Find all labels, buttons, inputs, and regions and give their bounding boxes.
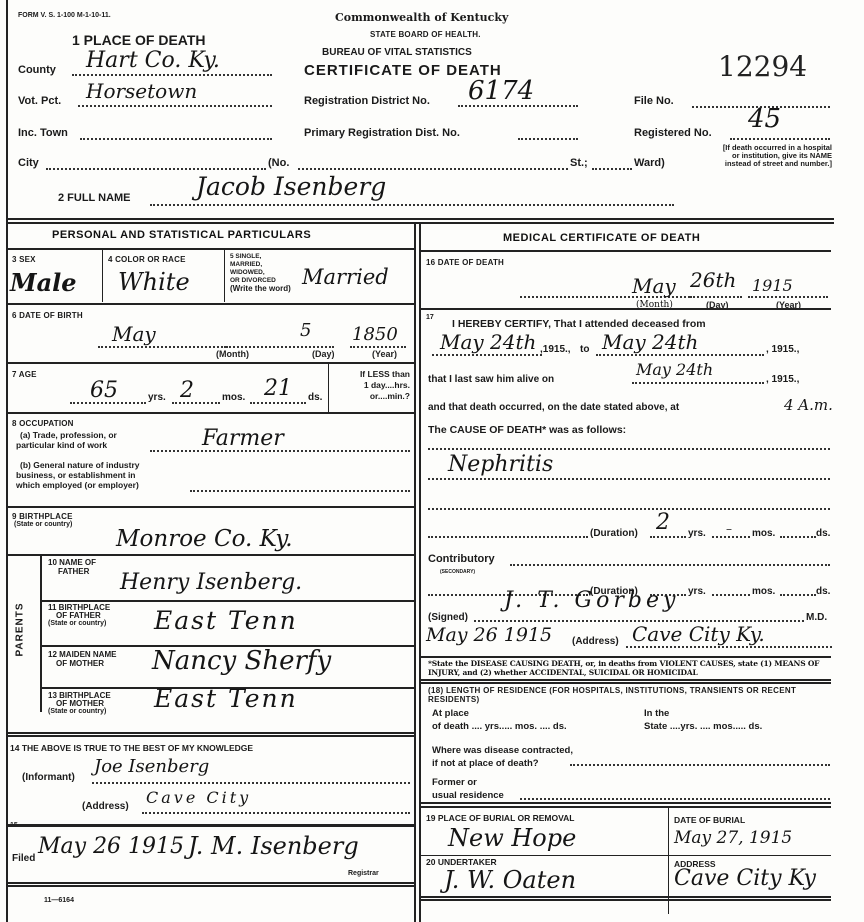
rule	[6, 303, 414, 305]
last-saw-text: that I last saw him alive on	[428, 374, 554, 385]
marital-field[interactable]: Married	[302, 265, 412, 295]
duration-months-value: –	[726, 522, 732, 536]
center-divider-right	[419, 224, 421, 922]
signed-value: J. T. Gorbey	[504, 588, 679, 613]
occupation-b-label: (b) General nature of industry business,…	[16, 460, 140, 490]
rule	[421, 656, 831, 658]
occupation-a-label: (a) Trade, profession, or particular kin…	[16, 430, 117, 450]
father-birthplace-line: (State or country)	[48, 620, 110, 628]
dob-year-field[interactable]: 1850	[350, 328, 406, 348]
duration2-days-field[interactable]	[780, 584, 816, 596]
doctor-address-field[interactable]: Cave City Ky.	[626, 624, 832, 648]
duration-years-field[interactable]: 2	[650, 518, 686, 538]
dob-year-caption: (Year)	[372, 349, 397, 359]
filed-label: Filed	[12, 853, 35, 864]
rule	[6, 824, 414, 827]
duration2-months-field[interactable]	[712, 584, 750, 596]
age-days-value: 21	[264, 376, 292, 401]
parents-label: PARENTS	[15, 600, 26, 660]
race-value: White	[118, 268, 190, 296]
cause-line-3[interactable]	[428, 500, 830, 510]
father-name-value: Henry Isenberg.	[120, 570, 302, 595]
dob-day-field[interactable]: 5	[226, 328, 334, 348]
vot-pct-value: Horsetown	[86, 79, 197, 103]
marital-label-line: 5 SINGLE,	[230, 253, 291, 261]
dob-month-field[interactable]: May	[98, 328, 226, 348]
hospital-note: [If death occurred in a hospital or inst…	[722, 144, 832, 168]
bureau-title: BUREAU OF VITAL STATISTICS	[322, 47, 472, 58]
knowledge-label: 14 THE ABOVE IS TRUE TO THE BEST OF MY K…	[10, 743, 253, 753]
center-divider-left	[414, 224, 416, 922]
rule	[6, 554, 414, 556]
parents-side-label: PARENTS	[0, 624, 50, 640]
vot-pct-field[interactable]: Horsetown	[78, 83, 272, 107]
rule	[421, 250, 831, 252]
undertaker-address-value: Cave City Ky	[674, 866, 816, 891]
former-residence-label: Former or usual residence	[432, 776, 504, 802]
attended-from-value: May 24th	[440, 330, 536, 354]
rule	[102, 250, 103, 302]
md-label: M.D.	[806, 612, 827, 623]
dob-label: 6 DATE OF BIRTH	[12, 311, 83, 320]
primary-registration-label: Primary Registration Dist. No.	[304, 127, 460, 139]
father-name-label: 10 NAME OF FATHER	[48, 558, 96, 576]
registrar-value: J. M. Isenberg	[188, 832, 359, 860]
less-than-line: If LESS than	[334, 369, 410, 380]
ward-field[interactable]	[592, 156, 632, 170]
undertaker-value: J. W. Oaten	[444, 866, 576, 894]
mother-birthplace-value: East Tenn	[154, 684, 298, 713]
rule	[6, 248, 414, 250]
mother-name-field[interactable]: Nancy Sherfy	[146, 652, 412, 680]
occupation-a-field[interactable]: Farmer	[150, 434, 410, 452]
registrar-field[interactable]: J. M. Isenberg	[186, 834, 410, 864]
race-label: 4 COLOR OR RACE	[108, 255, 186, 264]
birthplace-sub-label: (State or country)	[14, 521, 72, 528]
full-name-field[interactable]: Jacob Isenberg	[150, 178, 674, 206]
undertaker-field[interactable]: J. W. Oaten	[430, 868, 660, 898]
registration-district-value: 6174	[468, 76, 534, 106]
at-place-line: At place	[432, 707, 567, 720]
attended-to-label: to	[580, 344, 589, 355]
personal-section-title: PERSONAL AND STATISTICAL PARTICULARS	[52, 229, 311, 241]
father-name-field[interactable]: Henry Isenberg.	[116, 572, 406, 596]
marital-label-line: MARRIED,	[230, 261, 291, 269]
mother-name-value: Nancy Sherfy	[152, 646, 331, 676]
registrar-label: Registrar	[348, 870, 379, 877]
contracted-field[interactable]	[570, 756, 830, 766]
dob-month-value: May	[112, 322, 156, 346]
birthplace-value: Monroe Co. Ky.	[116, 526, 293, 552]
birthplace-field[interactable]: Monroe Co. Ky.	[100, 528, 400, 554]
in-state-line: State ....yrs. .... mos..... ds.	[644, 720, 762, 733]
sex-field[interactable]: Male	[10, 268, 100, 298]
at-place-line: of death .... yrs..... mos. .... ds.	[432, 720, 567, 733]
rule	[42, 600, 414, 602]
primary-registration-field[interactable]	[518, 126, 578, 140]
duration-ds-label: ds.	[816, 528, 830, 539]
dob-day-value: 5	[300, 320, 311, 341]
rule	[421, 896, 831, 901]
rule	[421, 802, 831, 808]
attended-to-year: , 1915.,	[766, 344, 799, 355]
contributory-field[interactable]	[510, 554, 830, 566]
occurred-time-value: 4 A.m.	[784, 396, 833, 414]
less-than-line: 1 day....hrs.	[334, 380, 410, 391]
st-label: St.;	[570, 157, 588, 169]
footnote: *State the DISEASE CAUSING DEATH, or, in…	[428, 659, 830, 677]
occupation-a-line: particular kind of work	[16, 440, 117, 450]
stamp-number: 12294	[718, 50, 807, 83]
street-field[interactable]	[298, 156, 568, 170]
registered-no-value: 45	[748, 104, 781, 134]
marital-label: 5 SINGLE, MARRIED, WIDOWED, OR DIVORCED …	[230, 253, 291, 293]
in-state-line: In the	[644, 707, 762, 720]
father-birthplace-field[interactable]: East Tenn	[146, 612, 406, 638]
age-mos-label: mos.	[222, 392, 245, 403]
informant-address-field[interactable]: Cave City	[142, 794, 410, 814]
contributory-label: Contributory	[428, 553, 495, 565]
rule	[421, 855, 831, 856]
attended-to-field[interactable]: May 24th	[596, 336, 764, 356]
last-saw-field[interactable]: May 24th	[632, 364, 764, 384]
cause-text: The CAUSE OF DEATH* was as follows:	[428, 424, 626, 436]
full-name-value: Jacob Isenberg	[196, 172, 386, 201]
in-state-label: In the State ....yrs. .... mos..... ds.	[644, 707, 762, 733]
occupation-b-line: business, or establishment in	[16, 470, 140, 480]
cause-line-4[interactable]	[428, 526, 588, 538]
dod-month-value: May	[632, 274, 676, 298]
rule	[224, 250, 225, 302]
mother-birthplace-line: OF MOTHER	[48, 700, 111, 708]
burial-place-label: 19 PLACE OF BURIAL OR REMOVAL	[426, 813, 574, 823]
doctor-address-value: Cave City Ky.	[632, 622, 765, 646]
attended-to-value: May 24th	[602, 330, 698, 354]
cause-line-1[interactable]	[428, 440, 830, 450]
duration-years-value: 2	[656, 510, 670, 535]
residence-label: (18) LENGTH OF RESIDENCE (FOR HOSPITALS,…	[428, 686, 828, 704]
race-field[interactable]: White	[118, 268, 218, 298]
contracted-line: Where was disease contracted,	[432, 744, 573, 757]
duration-yrs-label: yrs.	[688, 528, 706, 539]
mother-name-line: 12 MAIDEN NAME	[48, 650, 116, 659]
dob-month-caption: (Month)	[216, 349, 249, 359]
burial-place-value: New Hope	[448, 824, 576, 852]
dob-year-value: 1850	[352, 324, 398, 345]
signed-date-value: May 26 1915	[426, 624, 552, 646]
rule	[6, 412, 414, 414]
rule	[328, 364, 329, 412]
duration2-mos-label: mos.	[752, 586, 775, 597]
occupation-a-value: Farmer	[202, 426, 284, 451]
informant-address-value: Cave City	[146, 788, 251, 807]
occupation-b-line: (b) General nature of industry	[16, 460, 140, 470]
rule	[421, 308, 831, 310]
county-label: County	[18, 64, 56, 76]
signed-date-field[interactable]: May 26 1915	[426, 624, 566, 650]
contracted-label: Where was disease contracted, if not at …	[432, 744, 573, 770]
attended-from-year: ,1915.,	[540, 344, 571, 355]
former-residence-line: usual residence	[432, 789, 504, 802]
marital-value: Married	[302, 265, 389, 289]
city-field[interactable]	[46, 156, 266, 170]
mother-birthplace-label: 13 BIRTHPLACE OF MOTHER (State or countr…	[48, 692, 111, 716]
duration-mos-label: mos.	[752, 528, 775, 539]
certify-text: I HEREBY CERTIFY, That I attended deceas…	[452, 318, 706, 330]
former-residence-line: Former or	[432, 776, 504, 789]
signed-field[interactable]: J. T. Gorbey	[474, 598, 804, 622]
cause-value: Nephritis	[448, 452, 553, 477]
rule	[6, 362, 414, 364]
rule	[6, 882, 414, 887]
street-no-label: (No.	[268, 157, 289, 169]
signed-label: (Signed)	[428, 612, 468, 623]
dob-day-caption: (Day)	[312, 349, 335, 359]
burial-date-label: DATE OF BURIAL	[674, 815, 745, 825]
rule	[421, 679, 831, 684]
form-number: FORM V. S. 1-100 M-1-10-11.	[18, 12, 111, 20]
attended-from-field[interactable]: May 24th	[432, 336, 542, 356]
age-months-value: 2	[180, 378, 194, 403]
former-residence-field[interactable]	[520, 790, 830, 800]
rule	[6, 732, 414, 737]
file-no-label: File No.	[634, 95, 674, 107]
marital-label-line: (Write the word)	[230, 285, 291, 293]
occupation-label: 8 OCCUPATION	[12, 419, 74, 428]
dod-year-field[interactable]: 1915	[748, 278, 828, 298]
board-title: STATE BOARD OF HEALTH.	[370, 30, 481, 39]
occurred-time-field[interactable]: 4 A.m.	[784, 390, 832, 414]
registered-no-label: Registered No.	[634, 127, 712, 139]
mother-birthplace-field[interactable]: East Tenn	[146, 690, 406, 716]
father-birthplace-value: East Tenn	[154, 606, 298, 635]
city-label: City	[18, 157, 39, 169]
burial-date-field[interactable]: May 27, 1915	[672, 828, 832, 854]
occupation-b-line: which employed (or employer)	[16, 480, 140, 490]
duration-days-field[interactable]	[780, 526, 816, 538]
age-days-field[interactable]: 21	[250, 384, 306, 404]
rule	[6, 506, 414, 508]
age-label: 7 AGE	[12, 370, 37, 379]
duration2-yrs-label: yrs.	[688, 586, 706, 597]
informant-value: Joe Isenberg	[94, 756, 209, 777]
dod-day-value: 26th	[690, 268, 736, 292]
marital-label-line: WIDOWED,	[230, 269, 291, 277]
contracted-line: if not at place of death?	[432, 757, 573, 770]
informant-label: (Informant)	[22, 772, 75, 783]
birthplace-label: 9 BIRTHPLACE	[12, 512, 73, 521]
age-months-field[interactable]: 2	[172, 384, 220, 404]
filed-date-field[interactable]: May 26 1915	[38, 836, 188, 864]
age-years-field[interactable]: 65	[70, 384, 146, 404]
place-of-death-heading: 1 PLACE OF DEATH	[72, 32, 206, 48]
dod-year-value: 1915	[752, 276, 793, 295]
inc-town-label: Inc. Town	[18, 127, 68, 139]
less-than-day: If LESS than 1 day....hrs. or....min.?	[334, 369, 410, 402]
page-left-border	[6, 0, 8, 922]
father-name-line: 10 NAME OF	[48, 558, 96, 567]
dod-month-field[interactable]: May	[520, 278, 690, 298]
less-than-line: or....min.?	[334, 391, 410, 402]
duration-months-field[interactable]: –	[712, 526, 750, 538]
inc-town-field[interactable]	[80, 126, 272, 140]
mother-name-label: 12 MAIDEN NAME OF MOTHER	[48, 650, 116, 668]
sex-label: 3 SEX	[12, 255, 36, 264]
filed-date-value: May 26 1915	[38, 834, 184, 859]
footer-code: 11—6164	[44, 897, 74, 904]
registration-district-label: Registration District No.	[304, 95, 430, 107]
duration2-ds-label: ds.	[816, 586, 830, 597]
certify-number: 17	[426, 314, 434, 321]
registration-district-field[interactable]: 6174	[458, 80, 578, 107]
occupation-b-field[interactable]	[190, 482, 410, 492]
occurred-text: and that death occurred, on the date sta…	[428, 402, 679, 413]
duration-label: (Duration)	[590, 528, 638, 539]
doctor-address-label: (Address)	[572, 636, 619, 647]
medical-section-title: MEDICAL CERTIFICATE OF DEATH	[503, 232, 700, 244]
dod-label: 16 DATE OF DEATH	[426, 258, 504, 267]
age-yrs-label: yrs.	[148, 392, 166, 403]
dod-day-field[interactable]: 26th	[690, 262, 742, 298]
cause-field[interactable]: Nephritis	[428, 456, 830, 480]
mother-birthplace-line: (State or country)	[48, 708, 111, 716]
vot-pct-label: Vot. Pct.	[18, 95, 61, 107]
last-saw-year: , 1915.,	[766, 374, 799, 385]
age-ds-label: ds.	[308, 392, 322, 403]
sex-value: Male	[10, 268, 77, 297]
father-birthplace-label: 11 BIRTHPLACE OF FATHER (State or countr…	[48, 604, 110, 628]
burial-date-value: May 27, 1915	[674, 828, 792, 848]
age-years-value: 65	[90, 378, 118, 403]
father-birthplace-line: OF FATHER	[48, 612, 110, 620]
informant-address-label: (Address)	[82, 801, 129, 812]
mother-name-line: OF MOTHER	[48, 659, 116, 668]
ward-label: Ward)	[634, 157, 665, 169]
county-field[interactable]: Hart Co. Ky.	[72, 52, 272, 76]
full-name-label: 2 FULL NAME	[58, 192, 131, 204]
county-value: Hart Co. Ky.	[86, 48, 220, 73]
father-name-line: FATHER	[48, 567, 96, 576]
undertaker-address-field[interactable]: Cave City Ky	[672, 868, 834, 898]
registered-no-field[interactable]: 45	[730, 110, 830, 140]
burial-place-field[interactable]: New Hope	[430, 826, 660, 854]
secondary-label: (SECONDARY)	[440, 569, 475, 575]
at-place-label: At place of death .... yrs..... mos. ...…	[432, 707, 567, 733]
issuer-title: Commonwealth of Kentucky	[335, 11, 508, 24]
occupation-a-line: (a) Trade, profession, or	[16, 430, 117, 440]
last-saw-value: May 24th	[636, 360, 713, 379]
informant-field[interactable]: Joe Isenberg	[92, 764, 410, 784]
